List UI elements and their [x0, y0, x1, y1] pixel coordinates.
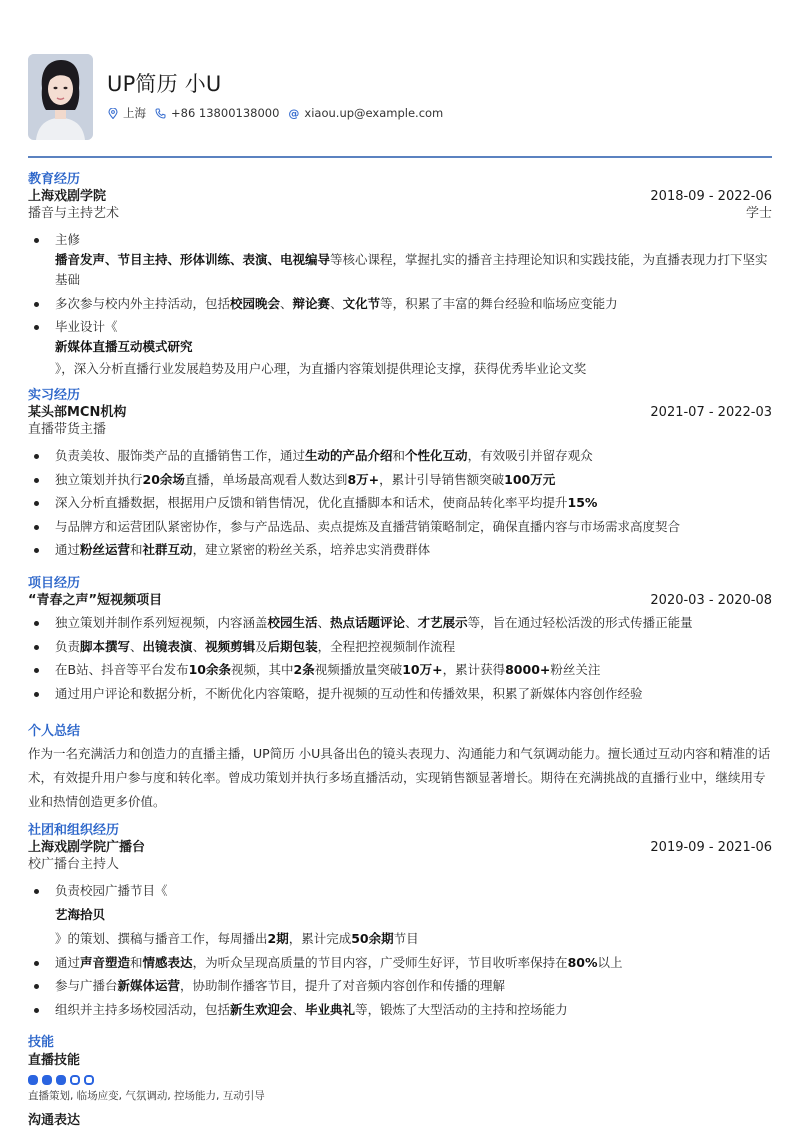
rating-dot-filled — [56, 1075, 66, 1085]
phone-icon — [155, 108, 166, 119]
org-name: 上海戏剧学院广播台 — [28, 839, 145, 856]
section-title: 技能 — [28, 1034, 772, 1051]
project-name: “青春之声”短视频项目 — [28, 592, 162, 609]
list-item: 与品牌方和运营团队紧密协作，参与产品选品、卖点提炼及直播营销策略制定，确保直播内… — [28, 517, 772, 537]
contact-phone[interactable]: +86 13800138000 — [155, 105, 279, 122]
section-education: 教育经历 上海戏剧学院 2018-09 - 2022-06 播音与主持艺术 学士… — [28, 171, 772, 383]
section-title: 教育经历 — [28, 171, 772, 188]
summary-text: 作为一名充满活力和创造力的直播主播，UP简历 小U具备出色的镜头表现力、沟通能力… — [28, 742, 772, 814]
company-name: 某头部MCN机构 — [28, 404, 126, 421]
email-text: xiaou.up@example.com — [304, 105, 443, 122]
section-club: 社团和组织经历 上海戏剧学院广播台 2019-09 - 2021-06 校广播台… — [28, 822, 772, 1023]
section-project: 项目经历 “青春之声”短视频项目 2020-03 - 2020-08 独立策划并… — [28, 575, 772, 707]
section-skills: 技能 直播技能 直播策划, 临场应变, 气氛调动, 控场能力, 互动引导 沟通表… — [28, 1034, 772, 1129]
section-title: 项目经历 — [28, 575, 772, 592]
phone-text: +86 13800138000 — [171, 105, 279, 122]
header-divider — [28, 156, 772, 158]
list-item: 毕业设计《 新媒体直播互动模式研究 》，深入分析直播行业发展趋势及用户心理，为直… — [28, 317, 772, 379]
rating-dot-filled — [28, 1075, 38, 1085]
list-item: 通过粉丝运营和社群互动，建立紧密的粉丝关系，培养忠实消费群体 — [28, 540, 772, 560]
email-at-icon: @ — [288, 108, 299, 119]
club-role: 校广播台主持人 — [28, 856, 772, 873]
list-item: 通过用户评论和数据分析，不断优化内容策略，提升视频的互动性和传播效果，积累了新媒… — [28, 684, 772, 704]
location-pin-icon — [107, 108, 118, 119]
list-item: 在B站、抖音等平台发布10余条视频，其中2条视频播放量突破10万+，累计获得80… — [28, 660, 772, 680]
date-range: 2020-03 - 2020-08 — [650, 592, 772, 609]
skill-level-rating — [28, 1075, 772, 1085]
contact-location: 上海 — [107, 105, 146, 122]
section-title: 个人总结 — [28, 723, 772, 740]
degree: 学士 — [746, 205, 772, 222]
list-item: 通过声音塑造和情感表达，为听众呈现高质量的节目内容，广受师生好评，节目收听率保持… — [28, 953, 772, 973]
profile-photo — [28, 54, 93, 140]
rating-dot-empty — [70, 1075, 80, 1085]
contact-email[interactable]: @ xiaou.up@example.com — [288, 105, 443, 122]
skill-keywords: 直播策划, 临场应变, 气氛调动, 控场能力, 互动引导 — [28, 1089, 772, 1103]
skill-name: 直播技能 — [28, 1052, 772, 1069]
section-title: 社团和组织经历 — [28, 822, 772, 839]
resume-page: UP简历 小U 上海 +86 13800138000 @ xiaou.up@ — [0, 0, 800, 1130]
list-item: 负责美妆、服饰类产品的直播销售工作，通过生动的产品介绍和个性化互动，有效吸引并留… — [28, 446, 772, 466]
candidate-name: UP简历 小U — [107, 72, 452, 97]
location-text: 上海 — [123, 105, 146, 122]
list-item: 主修 播音发声、节目主持、形体训练、表演、电视编导等核心课程，掌握扎实的播音主持… — [28, 230, 772, 290]
section-internship: 实习经历 某头部MCN机构 2021-07 - 2022-03 直播带货主播 负… — [28, 387, 772, 564]
list-item: 负责校园广播节目《 艺海拾贝 》的策划、撰稿与播音工作，每周播出2期，累计完成5… — [28, 881, 772, 949]
list-item: 多次参与校内外主持活动，包括校园晚会、辩论赛、文化节等，积累了丰富的舞台经验和临… — [28, 294, 772, 314]
list-item: 参与广播台新媒体运营，协助制作播客节目，提升了对音频内容创作和传播的理解 — [28, 976, 772, 996]
list-item: 深入分析直播数据，根据用户反馈和销售情况，优化直播脚本和话术，使商品转化率平均提… — [28, 493, 772, 513]
rating-dot-filled — [42, 1075, 52, 1085]
list-item: 组织并主持多场校园活动，包括新生欢迎会、毕业典礼等，锻炼了大型活动的主持和控场能… — [28, 1000, 772, 1020]
job-role: 直播带货主播 — [28, 421, 772, 438]
list-item: 独立策划并执行20余场直播，单场最高观看人数达到8万+，累计引导销售额突破100… — [28, 470, 772, 490]
date-range: 2019-09 - 2021-06 — [650, 839, 772, 856]
contact-info: 上海 +86 13800138000 @ xiaou.up@example.co… — [107, 105, 452, 122]
list-item: 独立策划并制作系列短视频，内容涵盖校园生活、热点话题评论、才艺展示等，旨在通过轻… — [28, 613, 772, 633]
section-title: 实习经历 — [28, 387, 772, 404]
date-range: 2021-07 - 2022-03 — [650, 404, 772, 421]
school-name: 上海戏剧学院 — [28, 188, 106, 205]
section-summary: 个人总结 作为一名充满活力和创造力的直播主播，UP简历 小U具备出色的镜头表现力… — [28, 723, 772, 814]
list-item: 负责脚本撰写、出镜表演、视频剪辑及后期包装，全程把控视频制作流程 — [28, 637, 772, 657]
skill-name: 沟通表达 — [28, 1112, 772, 1129]
date-range: 2018-09 - 2022-06 — [650, 188, 772, 205]
resume-header: UP简历 小U 上海 +86 13800138000 @ xiaou.up@ — [28, 54, 452, 140]
major: 播音与主持艺术 — [28, 205, 119, 222]
rating-dot-empty — [84, 1075, 94, 1085]
